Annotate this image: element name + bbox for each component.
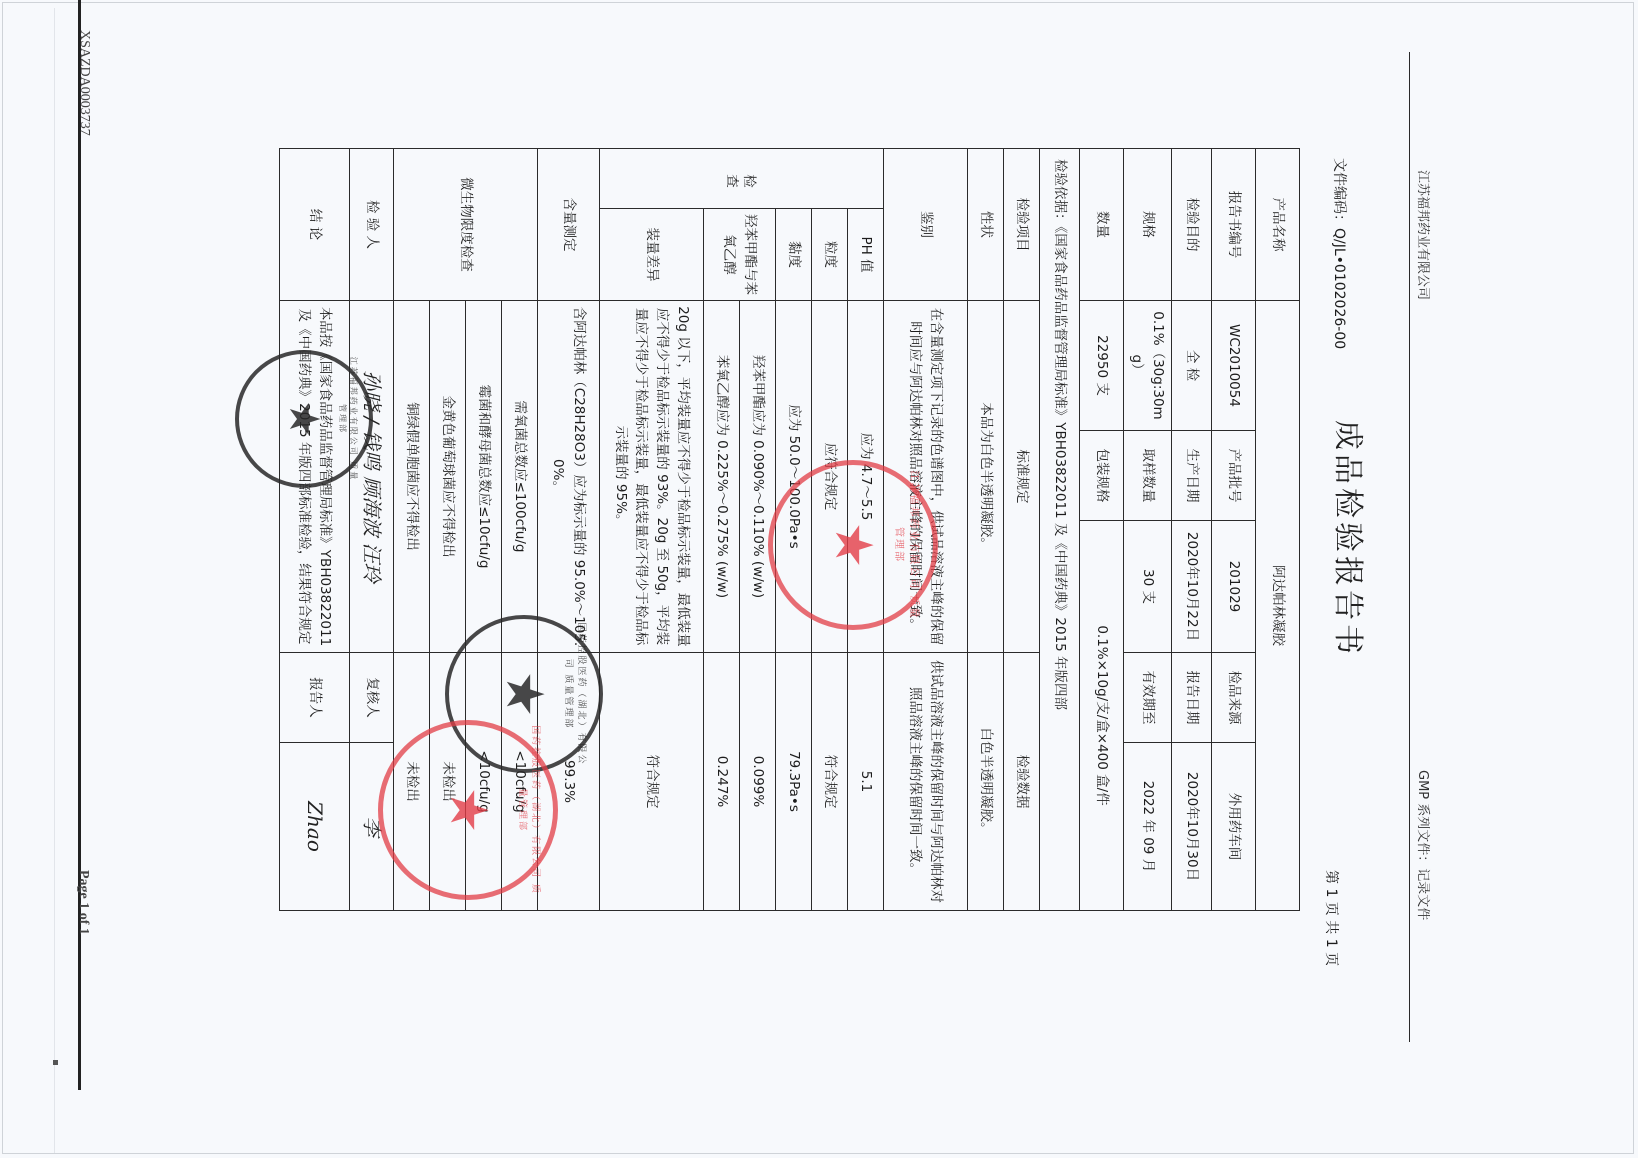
item-result: 符合规定 bbox=[600, 653, 704, 911]
red-seal-top: ★ 江苏福邦药业有限公司 质量管理部 bbox=[768, 460, 938, 630]
item-standard: 含阿达帕林（C28H28O3）应为标示量的 95.0%～105.0%。 bbox=[538, 301, 600, 653]
header-result: 检验数据 bbox=[1004, 653, 1040, 911]
inspection-basis: 检验依据：《国家食品药品监督管理局标准》YBH03822011 及《中国药典》2… bbox=[1040, 149, 1080, 911]
label-conclusion: 结 论 bbox=[280, 149, 350, 301]
label-package: 包装规格 bbox=[1080, 431, 1124, 521]
item-name: 装量差异 bbox=[600, 209, 704, 301]
item-standard: 本品为白色半透明凝胶。 bbox=[968, 301, 1004, 653]
label-reviewer: 复核人 bbox=[350, 653, 394, 743]
value-expiry: 2022 年 09 月 bbox=[1124, 743, 1172, 911]
seal-text: 江苏福邦药业有限公司 质量管理部 bbox=[893, 465, 923, 625]
row-basis: 检验依据：《国家食品药品监督管理局标准》YBH03822011 及《中国药典》2… bbox=[1040, 149, 1080, 911]
serial-number: XSAZDA0003737 bbox=[76, 30, 92, 136]
item-name: 微生物限度检查 bbox=[394, 149, 538, 301]
page-footer: Page 1 of 1 bbox=[75, 870, 91, 935]
value-report-date: 2020年10月30日 bbox=[1172, 743, 1212, 911]
label-expiry: 有效期至 bbox=[1124, 653, 1172, 743]
item-result: 0.247% bbox=[704, 653, 740, 911]
header-rule bbox=[1409, 52, 1410, 1042]
header-standard: 标准规定 bbox=[1004, 301, 1040, 653]
label-sample-qty: 取样数量 bbox=[1124, 431, 1172, 521]
label-source: 检品来源 bbox=[1212, 653, 1256, 743]
item-name: 羟苯甲酯与苯氧乙醇 bbox=[704, 209, 776, 301]
label-report-date: 报告日期 bbox=[1172, 653, 1212, 743]
value-source: 外用药车间 bbox=[1212, 743, 1256, 911]
value-purpose: 全 检 bbox=[1172, 301, 1212, 431]
item-result: 符合规定 bbox=[812, 653, 848, 911]
star-icon: ★ bbox=[283, 400, 325, 438]
row-report-no: 报告书编号 WC2010054 产品批号 201029 检品来源 外用药车间 bbox=[1212, 149, 1256, 911]
item-standard: 苯氧乙醇应为 0.225%～0.275% (w/w) bbox=[704, 301, 740, 653]
row-product-name: 产品名称 阿达帕林凝胶 bbox=[1256, 149, 1300, 911]
seal-text: 国药控股医药（湖北）有限公司 质量管理部 bbox=[563, 619, 589, 769]
label-reporter: 报告人 bbox=[280, 653, 350, 743]
doc-code: 文件编码：Q/JL•0102026-00 bbox=[1330, 158, 1350, 349]
label-spec: 规格 bbox=[1124, 149, 1172, 301]
star-icon: ★ bbox=[498, 671, 550, 718]
value-batch: 201029 bbox=[1212, 521, 1256, 653]
item-standard: 需氧菌总数应≤100cfu/g bbox=[502, 301, 538, 653]
row-conclusion: 结 论 本品按《国家食品药品监督管理局标准》YBH03822011 及《中国药典… bbox=[280, 149, 350, 911]
star-icon: ★ bbox=[827, 522, 879, 569]
label-quantity: 数量 bbox=[1080, 149, 1124, 301]
table-row: 性状 本品为白色半透明凝胶。 白色半透明凝胶。 bbox=[968, 149, 1004, 911]
item-standard: 铜绿假单胞菌应不得检出 bbox=[394, 301, 430, 653]
value-quantity: 22950 支 bbox=[1080, 301, 1124, 431]
value-mfg-date: 2020年10月22日 bbox=[1172, 521, 1212, 653]
value-package: 0.1%×10g/支/盒×400 盒/件 bbox=[1080, 521, 1124, 911]
scan-mark bbox=[53, 1060, 58, 1065]
item-standard: 20g 以下，平均装量应不得少于检品标示装量，最低装量应不得少于检品标示装量的 … bbox=[600, 301, 704, 653]
item-name: 黏度 bbox=[776, 209, 812, 301]
seal-text: 江苏福邦药业有限公司 质量管理部 bbox=[337, 354, 359, 484]
reporter-signature: Zhao bbox=[280, 743, 350, 911]
label-mfg-date: 生产日期 bbox=[1172, 431, 1212, 521]
item-result: 供试品溶液主峰的保留时间与阿达帕林对照品溶液主峰的保留时间一致。 bbox=[884, 653, 968, 911]
value-product-name: 阿达帕林凝胶 bbox=[1256, 301, 1300, 911]
item-name: 粒度 bbox=[812, 209, 848, 301]
star-icon: ★ bbox=[442, 787, 494, 834]
row-column-headers: 检验项目 标准规定 检验数据 bbox=[1004, 149, 1040, 911]
item-result: 0.099% bbox=[740, 653, 776, 911]
seal-text: 国药控股医药（湖北）有限公司 质量管理部 bbox=[517, 725, 543, 895]
item-result: 5.1 bbox=[848, 653, 884, 911]
label-report-no: 报告书编号 bbox=[1212, 149, 1256, 301]
item-result: 79.3Pa•s bbox=[776, 653, 812, 911]
item-standard: 霉菌和酵母菌总数应≤10cfu/g bbox=[466, 301, 502, 653]
report-title: 成品检验报告书 bbox=[1329, 420, 1373, 658]
label-purpose: 检验目的 bbox=[1172, 149, 1212, 301]
value-sample-qty: 30 支 bbox=[1124, 521, 1172, 653]
item-standard: 金黄色葡萄球菌应不得检出 bbox=[430, 301, 466, 653]
page-info: 第 1 页 共 1 页 bbox=[1322, 870, 1342, 966]
red-seal-bottom: ★ 国药控股医药（湖北）有限公司 质量管理部 bbox=[378, 720, 558, 900]
value-report-no: WC2010054 bbox=[1212, 301, 1256, 431]
header-item: 检验项目 bbox=[1004, 149, 1040, 301]
report-page: 江苏福邦药业有限公司 GMP 系列文件：记录文件 成品检验报告书 文件编码：Q/… bbox=[0, 0, 1638, 1158]
label-batch: 产品批号 bbox=[1212, 431, 1256, 521]
table-row: 装量差异 20g 以下，平均装量应不得少于检品标示装量，最低装量应不得少于检品标… bbox=[600, 149, 704, 911]
check-group-label: 检 查 bbox=[600, 149, 884, 209]
row-purpose: 检验目的 全 检 生产日期 2020年10月22日 报告日期 2020年10月3… bbox=[1172, 149, 1212, 911]
item-name: 含量测定 bbox=[538, 149, 600, 301]
label-inspector: 检 验 人 bbox=[350, 149, 394, 301]
item-name: PH 值 bbox=[848, 209, 884, 301]
conclusion-seal: ★ 江苏福邦药业有限公司 质量管理部 bbox=[235, 350, 373, 488]
item-standard: 羟苯甲酯应为 0.090%～0.110% (w/w) bbox=[740, 301, 776, 653]
value-spec: 0.1%（30g:30mg） bbox=[1124, 301, 1172, 431]
item-name: 鉴别 bbox=[884, 149, 968, 301]
label-product-name: 产品名称 bbox=[1256, 149, 1300, 301]
item-name: 性状 bbox=[968, 149, 1004, 301]
row-spec: 规格 0.1%（30g:30mg） 取样数量 30 支 有效期至 2022 年 … bbox=[1124, 149, 1172, 911]
item-result: 白色半透明凝胶。 bbox=[968, 653, 1004, 911]
row-quantity: 数量 22950 支 包装规格 0.1%×10g/支/盒×400 盒/件 bbox=[1080, 149, 1124, 911]
company-name: 江苏福邦药业有限公司 bbox=[1415, 170, 1434, 300]
gmp-label: GMP 系列文件：记录文件 bbox=[1415, 770, 1434, 920]
